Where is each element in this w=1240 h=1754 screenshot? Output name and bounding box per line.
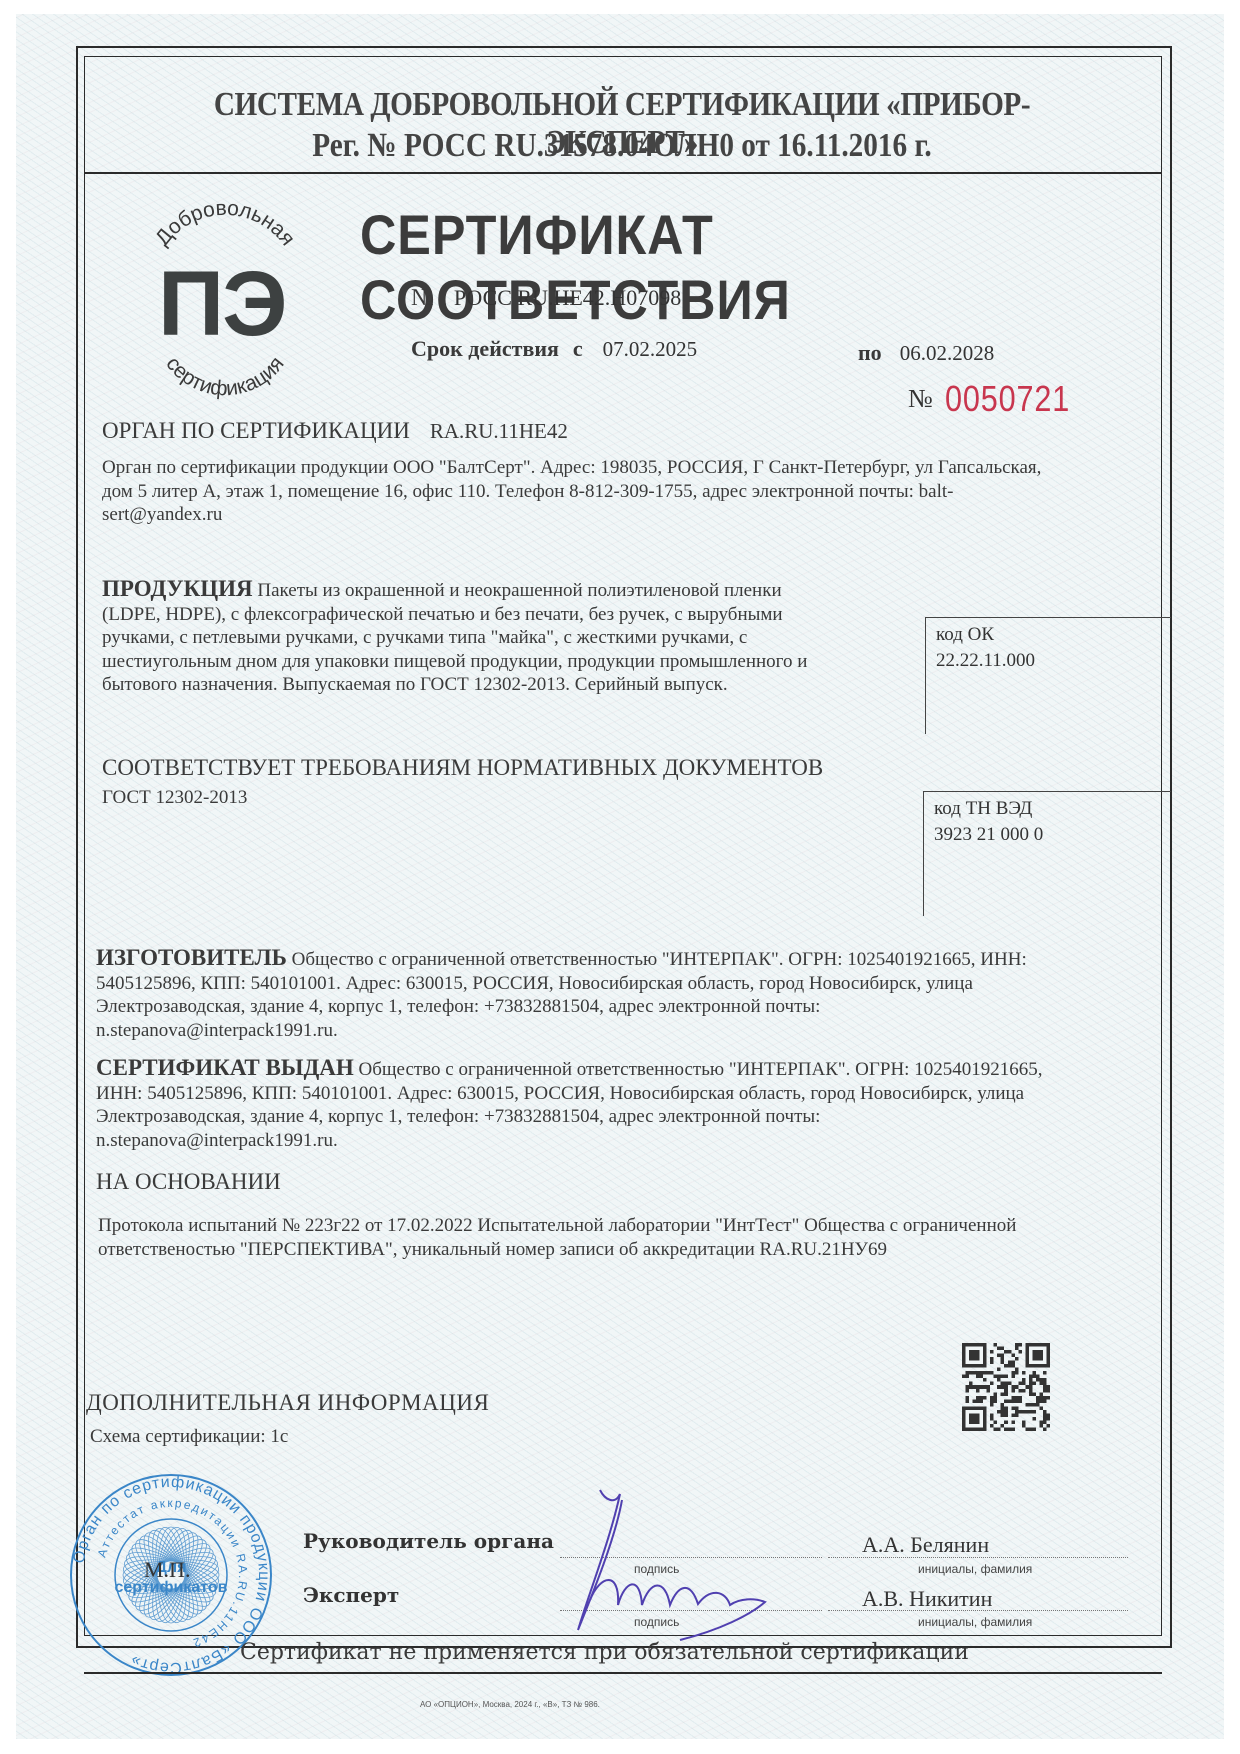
product-section: ПРОДУКЦИЯ Пакеты из окрашенной и неокраш… <box>102 577 902 697</box>
basis-label: НА ОСНОВАНИИ <box>96 1169 281 1195</box>
valid-to-label: по <box>858 340 882 365</box>
manufacturer-line: 5405125896, КПП: 540101001. Адрес: 63001… <box>96 972 1156 996</box>
issued-to-line: ИНН: 5405125896, КПП: 540101001. Адрес: … <box>96 1082 1156 1106</box>
expert-label: Эксперт <box>303 1583 399 1607</box>
expert-name-caption: инициалы, фамилия <box>918 1615 1032 1629</box>
certification-scheme: Схема сертификации: 1с <box>90 1425 288 1449</box>
head-name-line <box>828 1557 1128 1558</box>
stamp-place-label: М.П. <box>144 1557 190 1583</box>
manufacturer-line: Электрозаводская, здание 4, корпус 1, те… <box>96 995 1156 1019</box>
product-label: ПРОДУКЦИЯ <box>102 576 253 601</box>
ok-code-label: код ОК <box>936 622 1171 648</box>
tnved-code-label: код ТН ВЭД <box>934 796 1171 822</box>
issued-to-section: СЕРТИФИКАТ ВЫДАН Общество с ограниченной… <box>96 1056 1156 1152</box>
product-line: шестиугольным дном для упаковки пищевой … <box>102 650 902 674</box>
head-name-caption: инициалы, фамилия <box>918 1562 1032 1576</box>
tnved-code-value: 3923 21 000 0 <box>934 822 1171 848</box>
certificate-number-row: № РОСС RU.НЕ42.Н07098 <box>411 285 681 312</box>
certification-body-header: ОРГАН ПО СЕРТИФИКАЦИИ RA.RU.11НЕ42 <box>102 418 568 444</box>
head-of-body-label: Руководитель органа <box>303 1529 554 1553</box>
basis-line: Протокола испытаний № 223г22 от 17.02.20… <box>98 1214 1158 1238</box>
body-line: sert@yandex.ru <box>102 503 1152 527</box>
manufacturer-label: ИЗГОТОВИТЕЛЬ <box>96 945 287 970</box>
product-line: бытового назначения. Выпускаемая по ГОСТ… <box>102 673 902 697</box>
manufacturer-line: n.stepanova@interpack1991.ru. <box>96 1019 1156 1043</box>
body-line: Орган по сертификации продукции ООО "Бал… <box>102 456 1152 480</box>
issued-to-label: СЕРТИФИКАТ ВЫДАН <box>96 1055 354 1080</box>
ok-code-box: код ОК 22.22.11.000 <box>925 617 1171 734</box>
header-divider <box>84 172 1162 174</box>
mandatory-certification-notice: Сертификат не применяется при обязательн… <box>240 1640 969 1665</box>
svg-text:Добровольная: Добровольная <box>151 200 300 250</box>
valid-from-label: с <box>573 336 583 361</box>
svg-text:сертификация: сертификация <box>161 352 288 400</box>
head-name: А.А. Белянин <box>862 1532 989 1558</box>
expert-name-line <box>828 1610 1128 1611</box>
valid-to-date: 06.02.2028 <box>900 341 995 365</box>
compliance-label: СООТВЕТСТВУЕТ ТРЕБОВАНИЯМ НОРМАТИВНЫХ ДО… <box>102 755 823 781</box>
serial-number: 0050721 <box>945 378 1070 420</box>
certification-body-label: ОРГАН ПО СЕРТИФИКАЦИИ <box>102 418 410 443</box>
product-line: (LDPE, HDPE), с флексографической печать… <box>102 603 902 627</box>
valid-from-date: 07.02.2025 <box>603 337 698 361</box>
expert-name: А.В. Никитин <box>862 1586 992 1612</box>
product-line: Пакеты из окрашенной и неокрашенной поли… <box>257 580 781 601</box>
serial-sign: № <box>908 384 933 413</box>
additional-info-label: ДОПОЛНИТЕЛЬНАЯ ИНФОРМАЦИЯ <box>86 1390 489 1416</box>
issued-to-line: Электрозаводская, здание 4, корпус 1, те… <box>96 1105 1156 1129</box>
issued-to-line: n.stepanova@interpack1991.ru. <box>96 1129 1156 1153</box>
qr-code-icon <box>962 1343 1050 1431</box>
compliance-document: ГОСТ 12302-2013 <box>102 786 247 810</box>
valid-to-row: по 06.02.2028 <box>858 340 994 366</box>
basis-details: Протокола испытаний № 223г22 от 17.02.20… <box>98 1214 1158 1261</box>
pe-certification-logo-icon: Добровольная сертификация ПЭ <box>130 200 320 400</box>
serial-row: № 0050721 <box>908 378 1092 420</box>
issued-to-line: Общество с ограниченной ответственностью… <box>359 1059 1043 1080</box>
system-registration: Рег. № РОСС RU.31578.04ОЛН0 от 16.11.201… <box>159 127 1084 165</box>
manufacturer-section: ИЗГОТОВИТЕЛЬ Общество с ограниченной отв… <box>96 946 1156 1042</box>
certification-body-code: RA.RU.11НЕ42 <box>430 419 568 443</box>
validity-label: Срок действия <box>411 336 559 361</box>
tnved-code-box: код ТН ВЭД 3923 21 000 0 <box>923 791 1171 916</box>
certificate-number: РОСС RU.НЕ42.Н07098 <box>454 285 681 310</box>
validity-row: Срок действия с 07.02.2025 <box>411 336 697 362</box>
body-line: дом 5 литер А, этаж 1, помещение 16, офи… <box>102 480 1152 504</box>
logo-letters: ПЭ <box>158 252 286 357</box>
basis-line: ответственостью "ПЕРСПЕКТИВА", уникальны… <box>98 1238 1158 1262</box>
ok-code-value: 22.22.11.000 <box>936 648 1171 674</box>
certification-body-details: Орган по сертификации продукции ООО "Бал… <box>102 456 1152 527</box>
product-line: ручками, с петлевыми ручками, с ручками … <box>102 626 902 650</box>
footer-divider <box>84 1672 1162 1674</box>
printer-imprint: АО «ОПЦИОН», Москва, 2024 г., «В», ТЗ № … <box>420 1700 600 1709</box>
number-sign: № <box>411 285 434 311</box>
certificate-title: СЕРТИФИКАТ СООТВЕТСТВИЯ <box>360 202 1152 332</box>
handwritten-signatures <box>560 1480 790 1650</box>
manufacturer-line: Общество с ограниченной ответственностью… <box>292 949 1027 970</box>
